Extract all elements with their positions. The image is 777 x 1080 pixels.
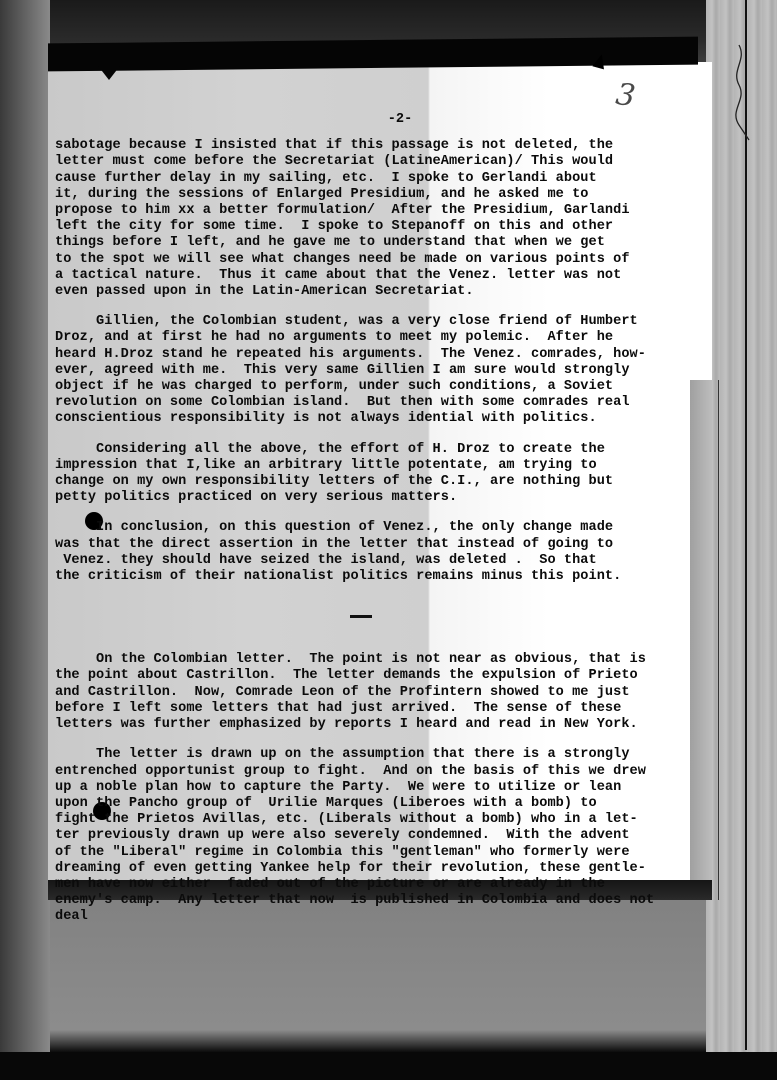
text-line: deal: [55, 909, 705, 925]
paragraph-conclusion: In conclusion, on this question of Venez…: [55, 520, 705, 585]
text-line: the point about Castrillon. The letter d…: [55, 668, 705, 684]
text-line: revolution on some Colombian island. But…: [55, 395, 705, 411]
text-line: object if he was charged to perform, und…: [55, 379, 705, 395]
text-line: conscientious responsibility is not alwa…: [55, 411, 705, 427]
text-line: of the "Liberal" regime in Colombia this…: [55, 845, 705, 861]
text-line: Droz, and at first he had no arguments t…: [55, 330, 705, 346]
text-line: upon the Pancho group of Urilie Marques …: [55, 796, 705, 812]
text-line: Considering all the above, the effort of…: [55, 442, 705, 458]
top-notch-mark: [95, 62, 123, 80]
text-line: to the spot we will see what changes nee…: [55, 252, 705, 268]
text-line: ter previously drawn up were also severe…: [55, 828, 705, 844]
text-line: sabotage because I insisted that if this…: [55, 138, 705, 154]
text-line: letters was further emphasized by report…: [55, 717, 705, 733]
text-line: up a noble plan how to capture the Party…: [55, 780, 705, 796]
text-line: change on my own responsibility letters …: [55, 474, 705, 490]
text-line: petty politics practiced on very serious…: [55, 490, 705, 506]
text-line: The letter is drawn up on the assumption…: [55, 747, 705, 763]
text-line: the criticism of their nationalist polit…: [55, 569, 705, 585]
text-line: On the Colombian letter. The point is no…: [55, 652, 705, 668]
text-line: was that the direct assertion in the let…: [55, 537, 705, 553]
text-line: cause further delay in my sailing, etc. …: [55, 171, 705, 187]
section-separator: [350, 615, 372, 618]
page-edge-line: [718, 380, 719, 900]
text-line: left the city for some time. I spoke to …: [55, 219, 705, 235]
text-line: fight the Prietos Avillas, etc. (Liberal…: [55, 812, 705, 828]
text-line: In conclusion, on this question of Venez…: [55, 520, 705, 536]
text-line: impression that I,like an arbitrary litt…: [55, 458, 705, 474]
scan-backdrop-left: [0, 0, 50, 1080]
text-line: propose to him xx a better formulation/ …: [55, 203, 705, 219]
scan-edge-line: [745, 0, 747, 1050]
text-line: dreaming of even getting Yankee help for…: [55, 861, 705, 877]
text-line: things before I left, and he gave me to …: [55, 235, 705, 251]
text-line: and Castrillon. Now, Comrade Leon of the…: [55, 685, 705, 701]
paragraph-sabotage: sabotage because I insisted that if this…: [55, 138, 705, 300]
paragraph-letter-assumption: The letter is drawn up on the assumption…: [55, 747, 705, 925]
text-line: before I left some letters that had just…: [55, 701, 705, 717]
page-number: -2-: [55, 112, 705, 128]
text-line: letter must come before the Secretariat …: [55, 154, 705, 170]
handwritten-squiggle-icon: [725, 40, 755, 150]
paragraph-colombian-letter: On the Colombian letter. The point is no…: [55, 652, 705, 733]
text-line: men have now either faded out of the pic…: [55, 877, 705, 893]
text-line: enemy's camp. Any letter that now is pub…: [55, 893, 705, 909]
text-line: it, during the sessions of Enlarged Pres…: [55, 187, 705, 203]
bottom-scan-edge: [0, 1052, 777, 1080]
text-line: entrenched opportunist group to fight. A…: [55, 764, 705, 780]
text-line: Gillien, the Colombian student, was a ve…: [55, 314, 705, 330]
scan-backdrop-right: [706, 0, 777, 1060]
text-line: ever, agreed with me. This very same Gil…: [55, 363, 705, 379]
text-line: Venez. they should have seized the islan…: [55, 553, 705, 569]
document-body: -2- sabotage because I insisted that if …: [55, 112, 705, 940]
text-line: a tactical nature. Thus it came about th…: [55, 268, 705, 284]
paragraph-gillien: Gillien, the Colombian student, was a ve…: [55, 314, 705, 427]
paragraph-considering: Considering all the above, the effort of…: [55, 442, 705, 507]
text-line: even passed upon in the Latin-American S…: [55, 284, 705, 300]
text-line: heard H.Droz stand he repeated his argum…: [55, 347, 705, 363]
